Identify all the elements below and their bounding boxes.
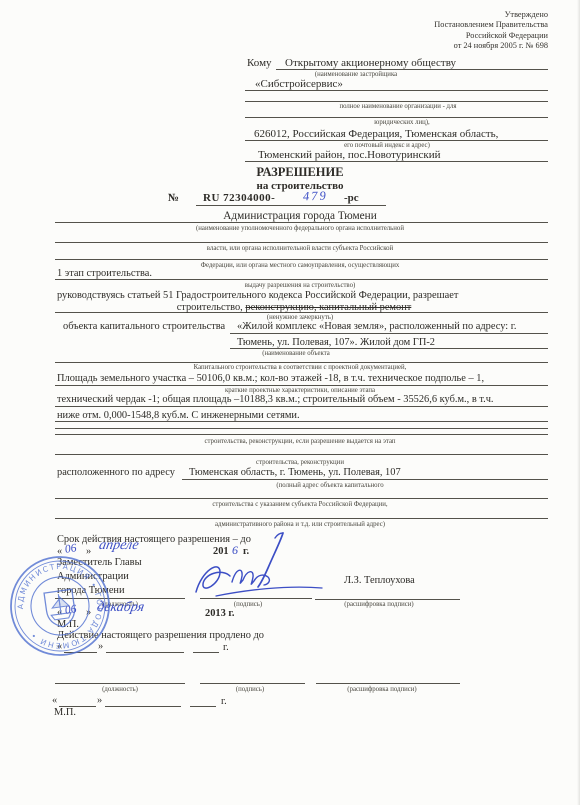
blank-line <box>55 406 548 407</box>
caption: краткие проектные характеристики, описан… <box>225 387 375 394</box>
caption: юридических лиц), <box>374 119 430 126</box>
signer-name: Л.З. Теплоухова <box>344 575 415 586</box>
handwritten-day: 06 <box>64 603 77 617</box>
year-suffix: г. <box>223 642 229 653</box>
blank-line <box>55 385 548 386</box>
caption: (наименование застройщика <box>315 71 397 78</box>
caption: строительства, реконструкции, если разре… <box>204 438 395 445</box>
caption: (расшифровка подписи) <box>347 686 416 693</box>
blank-line <box>193 652 219 653</box>
object-name-line2: Тюмень, ул. Полевая, 107». Жилой дом ГП-… <box>237 337 435 348</box>
caption: полное наименование организации - для <box>339 103 456 110</box>
blank-line <box>106 652 184 653</box>
handwritten-day: 06 <box>64 542 77 556</box>
caption: Федерации, или органа местного самоуправ… <box>201 262 400 269</box>
recipient-name: Открытому акционерному обществу <box>285 57 456 69</box>
handwritten-month: апреле <box>98 538 140 554</box>
signature-line <box>200 683 305 684</box>
caption: (ненужное зачеркнуть) <box>267 314 333 321</box>
project-spec-line2: технический чердак -1; общая площадь –10… <box>57 394 494 405</box>
position-line <box>55 683 185 684</box>
seal-abbrev: М.П. <box>54 707 76 718</box>
document-title: РАЗРЕШЕНИЕ <box>256 166 343 180</box>
handwritten-year-digit: 6 <box>232 543 238 558</box>
blank-line <box>245 161 548 162</box>
caption: (должность) <box>102 686 138 693</box>
caption: (расшифровка подписи) <box>344 601 413 608</box>
caption: (наименование объекта <box>262 350 330 357</box>
number-sign: № <box>168 192 179 204</box>
kind-plain: строительство, <box>177 302 243 313</box>
signature-scribble <box>186 558 326 604</box>
blank-line <box>55 498 548 499</box>
caption: его почтовый индекс и адрес) <box>344 142 430 149</box>
caption: выдачу разрешения на строительство) <box>245 282 356 289</box>
year-suffix: г. <box>221 696 227 707</box>
kind-struck-out: реконструкцию, капитальный ремонт <box>245 302 411 313</box>
project-spec-line1: Площадь земельного участка – 50106,0 кв.… <box>57 373 484 384</box>
blank-line <box>55 362 548 363</box>
recipient-address1: 626012, Российская Федерация, Тюменская … <box>254 128 498 140</box>
close-quote: » <box>97 695 102 706</box>
decipher-line <box>315 599 460 600</box>
blank-line <box>276 69 548 70</box>
decipher-line <box>316 683 460 684</box>
issue-year: 2013 г. <box>205 608 235 619</box>
recipient-label: Кому <box>247 57 272 69</box>
approval-header: Утверждено Постановлением Правительства … <box>434 10 548 51</box>
permit-kind: строительство, реконструкцию, капитальны… <box>177 302 412 313</box>
authority-name: Администрация города Тюмени <box>223 210 377 222</box>
construction-permit-document: Утверждено Постановлением Правительства … <box>0 0 580 805</box>
approval-line: Российской Федерации <box>434 31 548 41</box>
blank-line <box>55 518 548 519</box>
address-value: Тюменская область, г. Тюмень, ул. Полева… <box>189 467 401 478</box>
blank-line <box>196 205 386 206</box>
blank-line <box>55 259 548 260</box>
caption: строительства с указанием субъекта Росси… <box>212 501 387 508</box>
blank-line <box>55 434 548 435</box>
year-suffix: г. <box>243 546 249 557</box>
handwritten-permit-number: 479 <box>303 189 328 205</box>
project-spec-line3: ниже отм. 0,000-1548,8 куб.м. С инженерн… <box>57 410 300 421</box>
blank-line <box>105 706 181 707</box>
caption: (полный адрес объекта капитального <box>276 482 383 489</box>
handwritten-month: декабря <box>96 600 146 616</box>
blank-line <box>182 479 548 480</box>
recipient-name2: «Сибстройсервис» <box>255 78 343 90</box>
blank-line <box>230 333 548 334</box>
open-quote: « <box>52 695 57 706</box>
object-name-line1: «Жилой комплекс «Новая земля», расположе… <box>237 321 516 332</box>
permit-number-suffix: -рс <box>344 192 359 204</box>
validity-label: Срок действия настоящего разрешения – до <box>57 534 251 545</box>
object-label: объекта капитального строительства <box>63 321 225 332</box>
blank-line <box>245 90 548 91</box>
blank-line <box>190 706 216 707</box>
blank-line <box>55 242 548 243</box>
approval-line: от 24 ноября 2005 г. № 698 <box>434 41 548 51</box>
caption: административного района и т.д. или стро… <box>215 521 385 528</box>
year-printed: 201 <box>213 546 229 557</box>
permit-intro: руководствуясь статьей 51 Градостроитель… <box>57 290 458 301</box>
caption: Капитального строительства в соответстви… <box>194 364 407 371</box>
approval-line: Утверждено <box>434 10 548 20</box>
blank-line <box>245 101 548 102</box>
blank-line <box>55 428 548 429</box>
blank-line <box>245 140 548 141</box>
blank-line <box>55 454 548 455</box>
construction-stage: 1 этап строительства. <box>57 268 152 279</box>
caption: (подпись) <box>236 686 264 693</box>
permit-number-prefix: RU 72304000- <box>203 192 275 204</box>
caption: (наименование уполномоченного федерально… <box>196 225 404 232</box>
recipient-address2: Тюменский район, пос.Новотуринский <box>258 149 441 161</box>
document-subtitle: на строительство <box>257 180 344 192</box>
blank-line <box>245 117 548 118</box>
caption: власти, или органа исполнительной власти… <box>207 245 393 252</box>
approval-line: Постановлением Правительства <box>434 20 548 30</box>
address-label: расположенного по адресу <box>57 467 175 478</box>
caption: строительства, реконструкции <box>256 459 344 466</box>
